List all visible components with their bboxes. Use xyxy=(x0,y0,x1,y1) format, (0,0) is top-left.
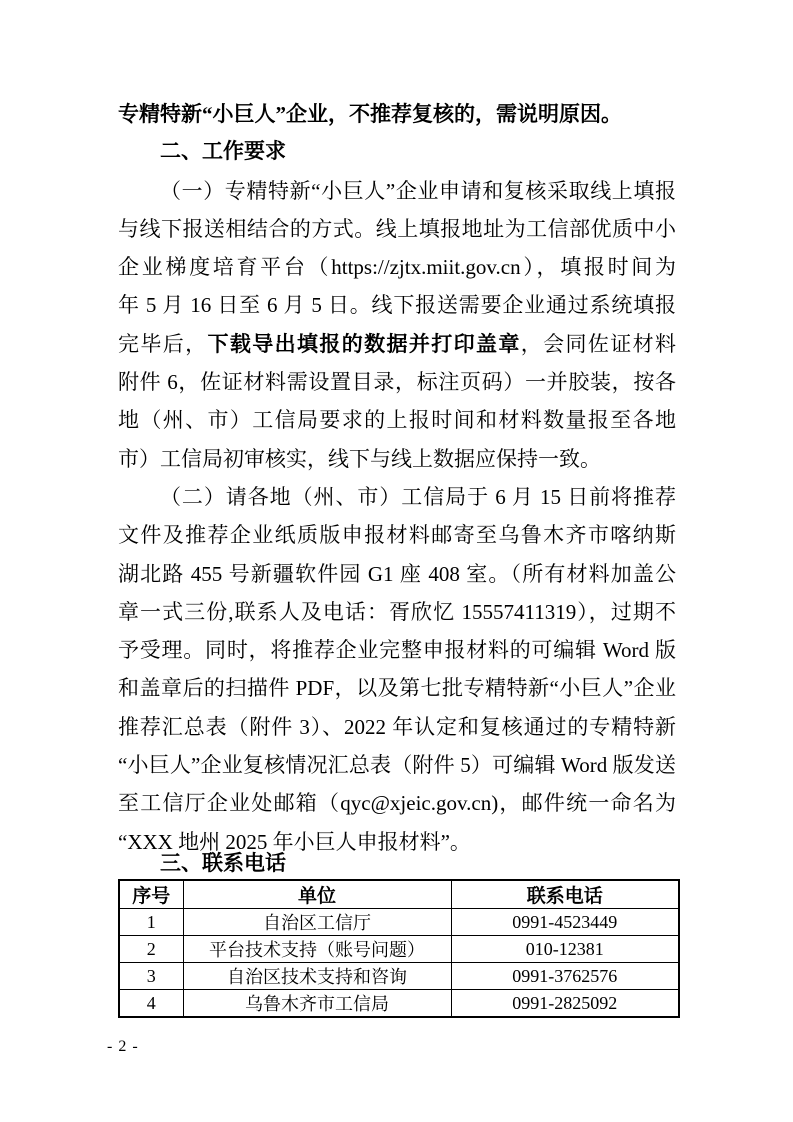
table-cell-phone: 010-12381 xyxy=(451,936,679,963)
document-page: 专精特新“小巨人”企业，不推荐复核的，需说明原因。 二、工作要求 （一）专精特新… xyxy=(0,0,793,1122)
para2-line-4: 章一式三份,联系人及电话：胥欣忆 15557411319），过期不 xyxy=(118,593,676,631)
para2-line-8: “小巨人”企业复核情况汇总表（附件 5）可编辑 Word 版发送 xyxy=(118,746,676,784)
table-cell-index: 2 xyxy=(119,936,183,963)
para1-line-3: 企业梯度培育平台（https://zjtx.miit.gov.cn），填报时间为… xyxy=(118,248,676,286)
para1-line-6: 附件 6，佐证材料需设置目录，标注页码）一并胶装，按各 xyxy=(118,363,676,401)
contact-table: 序号 单位 联系电话 1 自治区工信厅 0991-4523449 2 平台技术支… xyxy=(118,879,680,1018)
table-row: 3 自治区技术支持和咨询 0991-3762576 xyxy=(119,963,679,990)
table-header-cell-index: 序号 xyxy=(119,880,183,909)
table-row: 2 平台技术支持（账号问题） 010-12381 xyxy=(119,936,679,963)
para1-line-4: 年 5 月 16 日至 6 月 5 日。线下报送需要企业通过系统填报 xyxy=(118,286,676,324)
table-cell-phone: 0991-3762576 xyxy=(451,963,679,990)
body-text-block: 专精特新“小巨人”企业，不推荐复核的，需说明原因。 二、工作要求 （一）专精特新… xyxy=(118,95,676,861)
table-cell-index: 4 xyxy=(119,990,183,1018)
para2-line-2: 文件及推荐企业纸质版申报材料邮寄至乌鲁木齐市喀纳斯 xyxy=(118,516,676,554)
para1-line-8: 市）工信局初审核实，线下与线上数据应保持一致。 xyxy=(118,440,676,478)
para2-line-5: 予受理。同时，将推荐企业完整申报材料的可编辑 Word 版 xyxy=(118,631,676,669)
page-number: - 2 - xyxy=(107,1038,139,1056)
table-cell-phone: 0991-2825092 xyxy=(451,990,679,1018)
table-header-row: 序号 单位 联系电话 xyxy=(119,880,679,909)
table-cell-phone: 0991-4523449 xyxy=(451,909,679,936)
table-cell-unit: 平台技术支持（账号问题） xyxy=(183,936,451,963)
table-row: 4 乌鲁木齐市工信局 0991-2825092 xyxy=(119,990,679,1018)
para2-line-1: （二）请各地（州、市）工信局于 6 月 15 日前将推荐 xyxy=(118,478,676,516)
para1-line-5: 完毕后，下载导出填报的数据并打印盖章，会同佐证材料（见 xyxy=(118,325,676,363)
para1-line-5-pre: 完毕后， xyxy=(118,332,208,356)
para2-line-9: 至工信厅企业处邮箱（qyc@xjeic.gov.cn)，邮件统一命名为 xyxy=(118,784,676,822)
para2-line-7: 推荐汇总表（附件 3）、2022 年认定和复核通过的专精特新 xyxy=(118,708,676,746)
table-cell-unit: 自治区技术支持和咨询 xyxy=(183,963,451,990)
table-cell-unit: 乌鲁木齐市工信局 xyxy=(183,990,451,1018)
table-cell-index: 3 xyxy=(119,963,183,990)
para1-line-7: 地（州、市）工信局要求的上报时间和材料数量报至各地（州、 xyxy=(118,401,676,439)
para1-line-5-bold: 下载导出填报的数据并打印盖章 xyxy=(208,332,521,356)
intro-bold-line: 专精特新“小巨人”企业，不推荐复核的，需说明原因。 xyxy=(118,95,676,133)
table-cell-unit: 自治区工信厅 xyxy=(183,909,451,936)
para1-line-2: 与线下报送相结合的方式。线上填报地址为工信部优质中小 xyxy=(118,210,676,248)
section-3-heading: 三、联系电话 xyxy=(118,850,676,877)
table-header-cell-unit: 单位 xyxy=(183,880,451,909)
table-row: 1 自治区工信厅 0991-4523449 xyxy=(119,909,679,936)
table-cell-index: 1 xyxy=(119,909,183,936)
section-2-heading: 二、工作要求 xyxy=(118,133,676,171)
para2-line-6: 和盖章后的扫描件 PDF，以及第七批专精特新“小巨人”企业 xyxy=(118,669,676,707)
para1-line-1: （一）专精特新“小巨人”企业申请和复核采取线上填报 xyxy=(118,172,676,210)
table-header-cell-phone: 联系电话 xyxy=(451,880,679,909)
para2-line-3: 湖北路 455 号新疆软件园 G1 座 408 室。（所有材料加盖公 xyxy=(118,555,676,593)
